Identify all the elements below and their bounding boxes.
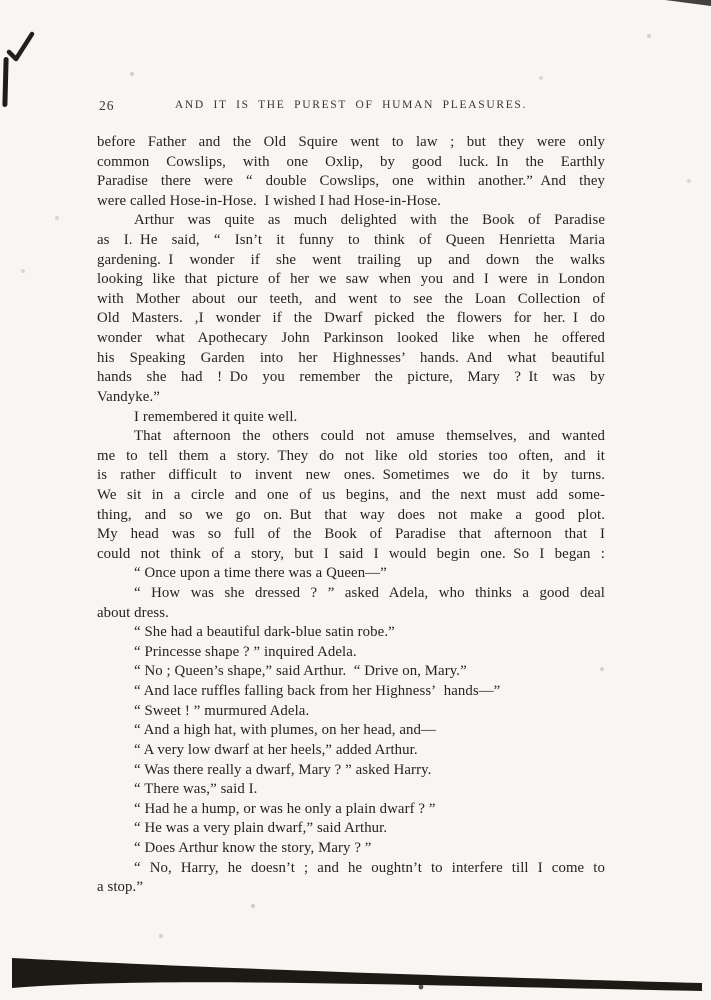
text-line: “ Once upon a time there was a Queen—” [97, 564, 605, 584]
paragraph: “ Had he a hump, or was he only a plain … [97, 800, 605, 820]
text-line: his Speaking Garden into her Highnesses’… [97, 349, 605, 369]
text-line: looking like that picture of her we saw … [97, 270, 605, 290]
paragraph: before Father and the Old Squire went to… [97, 133, 605, 211]
running-header-title: AND IT IS THE PUREST OF HUMAN PLEASURES. [97, 99, 605, 111]
scan-mark-bottom-edge [0, 952, 711, 1000]
text-line: “ There was,” said I. [97, 780, 605, 800]
book-page: 26 AND IT IS THE PUREST OF HUMAN PLEASUR… [0, 0, 711, 1000]
paragraph: “ Sweet ! ” murmured Adela. [97, 702, 605, 722]
text-line: “ No, Harry, he doesn’t ; and he oughtn’… [97, 859, 605, 879]
paragraph: “ There was,” said I. [97, 780, 605, 800]
text-line: That afternoon the others could not amus… [97, 427, 605, 447]
text-line: common Cowslips, with one Oxlip, by good… [97, 153, 605, 173]
text-line: “ A very low dwarf at her heels,” added … [97, 741, 605, 761]
text-line: We sit in a circle and one of us begins,… [97, 486, 605, 506]
paragraph: “ Does Arthur know the story, Mary ? ” [97, 839, 605, 859]
text-line: could not think of a story, but I said I… [97, 545, 605, 565]
scan-mark-top-right [659, 0, 711, 8]
text-line: “ Princesse shape ? ” inquired Adela. [97, 643, 605, 663]
paragraph: “ A very low dwarf at her heels,” added … [97, 741, 605, 761]
paragraph: “ No ; Queen’s shape,” said Arthur. “ Dr… [97, 662, 605, 682]
text-line: Old Masters. ,I wonder if the Dwarf pick… [97, 309, 605, 329]
text-line: Paradise there were “ double Cowslips, o… [97, 172, 605, 192]
text-line: “ Had he a hump, or was he only a plain … [97, 800, 605, 820]
scan-mark-top-left [6, 31, 36, 63]
running-header: 26 AND IT IS THE PUREST OF HUMAN PLEASUR… [97, 98, 605, 116]
paragraph: “ Once upon a time there was a Queen—” [97, 564, 605, 584]
paragraph: I remembered it quite well. [97, 408, 605, 428]
text-line: “ Does Arthur know the story, Mary ? ” [97, 839, 605, 859]
text-line: about dress. [97, 604, 605, 624]
paragraph: “ She had a beautiful dark-blue satin ro… [97, 623, 605, 643]
paragraph: That afternoon the others could not amus… [97, 427, 605, 564]
text-line: hands she had ! Do you remember the pict… [97, 368, 605, 388]
paragraph: “ He was a very plain dwarf,” said Arthu… [97, 819, 605, 839]
text-line: me to tell them a story. They do not lik… [97, 447, 605, 467]
text-line: Vandyke.” [97, 388, 605, 408]
text-line: My head was so full of the Book of Parad… [97, 525, 605, 545]
paragraph: “ And a high hat, with plumes, on her he… [97, 721, 605, 741]
text-line: a stop.” [97, 878, 605, 898]
paragraph: “ And lace ruffles falling back from her… [97, 682, 605, 702]
text-line: is rather difficult to invent new ones. … [97, 466, 605, 486]
text-line: before Father and the Old Squire went to… [97, 133, 605, 153]
text-line: as I. He said, “ Isn’t it funny to think… [97, 231, 605, 251]
text-line: wonder what Apothecary John Parkinson lo… [97, 329, 605, 349]
paragraph: Arthur was quite as much delighted with … [97, 211, 605, 407]
text-line: Arthur was quite as much delighted with … [97, 211, 605, 231]
text-line: “ Was there really a dwarf, Mary ? ” ask… [97, 761, 605, 781]
text-line: “ Sweet ! ” murmured Adela. [97, 702, 605, 722]
scan-mark-left-edge [2, 57, 8, 107]
page-text: before Father and the Old Squire went to… [97, 133, 605, 898]
paragraph: “ Was there really a dwarf, Mary ? ” ask… [97, 761, 605, 781]
text-line: thing, and so we go on. But that way doe… [97, 506, 605, 526]
text-line: with Mother about our teeth, and went to… [97, 290, 605, 310]
text-line: I remembered it quite well. [97, 408, 605, 428]
text-line: “ And a high hat, with plumes, on her he… [97, 721, 605, 741]
text-line: gardening. I wonder if she went trailing… [97, 251, 605, 271]
text-line: were called Hose-in-Hose. I wished I had… [97, 192, 605, 212]
text-line: “ And lace ruffles falling back from her… [97, 682, 605, 702]
paper-specks [0, 0, 2, 2]
text-line: “ How was she dressed ? ” asked Adela, w… [97, 584, 605, 604]
paragraph: “ Princesse shape ? ” inquired Adela. [97, 643, 605, 663]
paragraph: “ How was she dressed ? ” asked Adela, w… [97, 584, 605, 623]
text-line: “ No ; Queen’s shape,” said Arthur. “ Dr… [97, 662, 605, 682]
text-line: “ She had a beautiful dark-blue satin ro… [97, 623, 605, 643]
text-line: “ He was a very plain dwarf,” said Arthu… [97, 819, 605, 839]
paragraph: “ No, Harry, he doesn’t ; and he oughtn’… [97, 859, 605, 898]
